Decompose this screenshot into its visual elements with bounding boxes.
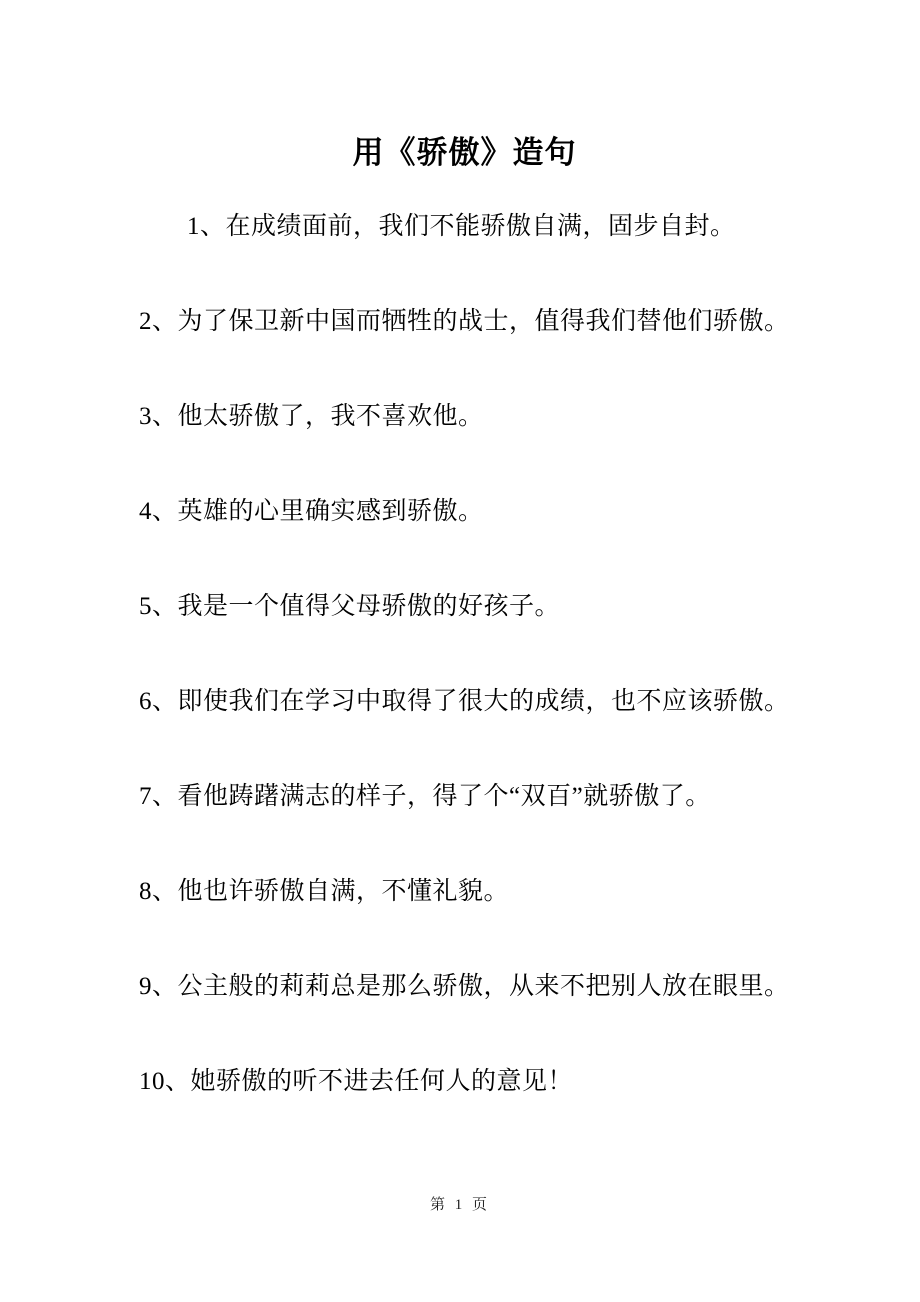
- sentence-item: 6、即使我们在学习中取得了很大的成绩，也不应该骄傲。: [139, 687, 790, 717]
- sentence-item: 9、公主般的莉莉总是那么骄傲，从来不把别人放在眼里。: [139, 972, 790, 1002]
- sentence-item: 8、他也许骄傲自满，不懂礼貌。: [139, 877, 790, 907]
- page-title: 用《骄傲》造句: [139, 134, 790, 172]
- page-number: 第 1 页: [430, 1197, 490, 1213]
- sentence-item: 2、为了保卫新中国而牺牲的战士，值得我们替他们骄傲。: [139, 307, 790, 337]
- sentence-item: 1、在成绩面前，我们不能骄傲自满，固步自封。: [139, 212, 790, 242]
- sentence-item: 7、看他踌躇满志的样子，得了个“双百”就骄傲了。: [139, 782, 790, 812]
- document-page: 用《骄傲》造句 1、在成绩面前，我们不能骄傲自满，固步自封。 2、为了保卫新中国…: [0, 0, 920, 1097]
- sentence-item: 10、她骄傲的听不进去任何人的意见！: [139, 1067, 790, 1097]
- page-footer: 第 1 页: [0, 1193, 920, 1214]
- sentence-item: 3、他太骄傲了，我不喜欢他。: [139, 402, 790, 432]
- sentence-item: 4、英雄的心里确实感到骄傲。: [139, 497, 790, 527]
- sentence-item: 5、我是一个值得父母骄傲的好孩子。: [139, 592, 790, 622]
